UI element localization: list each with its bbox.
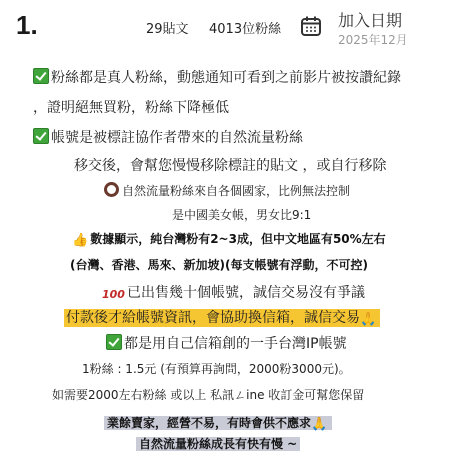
line-real-fans: 粉絲都是真人粉絲，動態通知可看到之前影片被按讚紀錄 bbox=[33, 67, 401, 87]
check-mark-icon bbox=[106, 334, 122, 350]
line-gender-ratio: 是中國美女帳，男女比9:1 bbox=[172, 206, 311, 223]
check-mark-icon bbox=[33, 68, 49, 84]
line-seller-note: 業餘賣家，經營不易，有時會供不應求🙏 bbox=[104, 414, 332, 432]
thumbs-up-icon: 👍 bbox=[72, 233, 88, 248]
posts-count: 29貼文 bbox=[146, 18, 189, 37]
hollow-circle-icon bbox=[104, 182, 119, 197]
hundred-points-icon: 100 bbox=[102, 288, 125, 301]
followers-count: 4013位粉絲 bbox=[209, 18, 281, 37]
check-mark-icon bbox=[33, 128, 49, 144]
line-remove-tags: 移交後，會幫您慢慢移除標註的貼文 ，或自行移除 bbox=[74, 155, 386, 175]
line-no-bought-fans: ，證明絕無買粉，粉絲下降極低 bbox=[33, 97, 229, 117]
line-countries: 自然流量粉絲來自各個國家，比例無法控制 bbox=[104, 182, 350, 199]
join-date-label: 加入日期 bbox=[338, 8, 402, 31]
folded-hands-icon: 🙏 bbox=[360, 312, 376, 327]
line-regions: (台灣、香港、馬來、新加坡)(每支帳號有浮動，不可控) bbox=[70, 256, 368, 273]
line-taiwan-ip: 都是用自己信箱創的一手台灣IP帳號 bbox=[106, 333, 347, 353]
item-number: 1. bbox=[16, 10, 38, 41]
join-date-value: 2025年12月 bbox=[338, 31, 408, 48]
line-deposit: 如需要2000左右粉絲 或以上 私訊ㄥine 收訂金可幫您保留 bbox=[52, 386, 364, 403]
line-sold-accounts: 100已出售幾十個帳號，誠信交易沒有爭議 bbox=[102, 282, 365, 302]
line-tagged-collaborator: 帳號是被標註協作者帶來的自然流量粉絲 bbox=[33, 127, 303, 147]
line-growth-note: 自然流量粉絲成長有快有慢 ~ bbox=[136, 435, 300, 452]
calendar-icon bbox=[300, 15, 322, 37]
folded-hands-icon: 🙏 bbox=[311, 417, 327, 432]
line-pricing: 1粉絲 : 1.5元 (有預算再詢問，2000粉3000元)。 bbox=[82, 360, 351, 377]
line-payment-terms: 付款後才給帳號資訊，會協助換信箱，誠信交易🙏 bbox=[64, 307, 380, 327]
line-stats: 👍數據顯示，純台灣粉有2~3成，但中文地區有50%左右 bbox=[72, 230, 386, 248]
